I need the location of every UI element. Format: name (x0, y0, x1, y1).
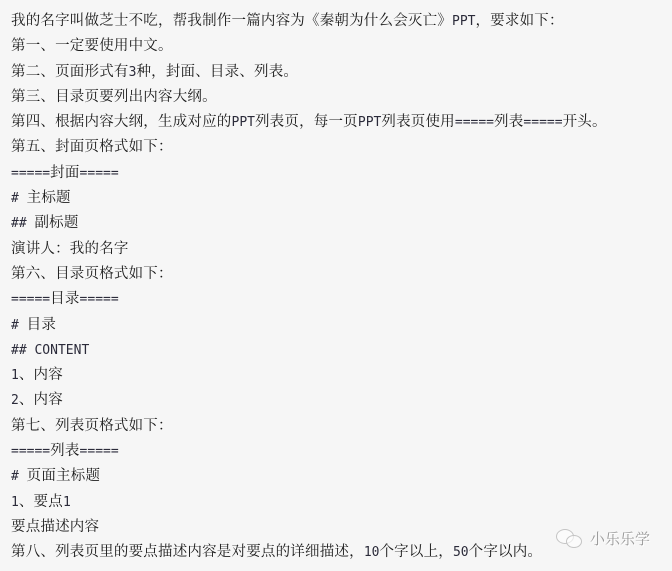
text-span: 要点描述内容 (11, 519, 99, 535)
text-line: ## CONTENT (11, 338, 672, 363)
text-span: 演讲人：我的名字 (11, 241, 129, 257)
text-span: ===== (523, 115, 562, 130)
text-line: 1、内容 (11, 363, 672, 388)
text-span: PPT (232, 115, 255, 130)
text-span: ，要求如下： (475, 13, 563, 29)
text-span: ===== (455, 115, 494, 130)
text-line: 我的名字叫做芝士不吃，帮我制作一篇内容为《秦朝为什么会灭亡》PPT，要求如下： (11, 9, 672, 34)
text-span: 、内容 (19, 392, 63, 408)
text-span: 我的名字叫做芝士不吃，帮我制作一篇内容为《秦朝为什么会灭亡》 (11, 13, 452, 29)
text-line: =====目录===== (11, 287, 672, 312)
text-span: ===== (80, 292, 119, 307)
wechat-icon (556, 529, 584, 549)
text-span: 第五、封面页格式如下： (11, 139, 173, 155)
text-span: 、要点 (19, 494, 63, 510)
text-span: # (11, 469, 27, 484)
text-line: =====封面===== (11, 161, 672, 186)
text-span: 列表 (50, 443, 79, 459)
prompt-document: 我的名字叫做芝士不吃，帮我制作一篇内容为《秦朝为什么会灭亡》PPT，要求如下：第… (0, 0, 672, 571)
text-span: 主标题 (27, 190, 71, 206)
watermark: 小乐乐学 (556, 528, 650, 549)
text-line: # 目录 (11, 313, 672, 338)
text-span: 封面 (50, 165, 79, 181)
text-line: ## 副标题 (11, 211, 672, 236)
text-span: 页面主标题 (27, 468, 101, 484)
text-line: 第二、页面形式有3种，封面、目录、列表。 (11, 60, 672, 85)
text-span: 第二、页面形式有 (11, 64, 129, 80)
text-span: ===== (11, 444, 50, 459)
text-span: ===== (80, 444, 119, 459)
text-span: 1 (63, 495, 71, 510)
text-span: 2 (11, 393, 19, 408)
text-span: ===== (80, 166, 119, 181)
text-line: 演讲人：我的名字 (11, 237, 672, 262)
text-span: 目录 (27, 317, 56, 333)
text-line: 第六、目录页格式如下： (11, 262, 672, 287)
text-span: # (11, 318, 27, 333)
text-span: 第一、一定要使用中文。 (11, 38, 173, 54)
text-line: =====列表===== (11, 439, 672, 464)
text-line: # 页面主标题 (11, 464, 672, 489)
text-span: ===== (11, 166, 50, 181)
text-span: ## CONTENT (11, 343, 89, 358)
text-line: 第四、根据内容大纲，生成对应的PPT列表页，每一页PPT列表页使用=====列表… (11, 110, 672, 135)
text-line: 第三、目录页要列出内容大纲。 (11, 85, 672, 110)
text-span: 副标题 (34, 215, 78, 231)
text-span: 第七、列表页格式如下： (11, 418, 173, 434)
text-span: ===== (11, 292, 50, 307)
text-line: 1、要点1 (11, 490, 672, 515)
text-span: 第四、根据内容大纲，生成对应的 (11, 114, 232, 130)
text-span: PPT (452, 14, 475, 29)
text-line: 第五、封面页格式如下： (11, 135, 672, 160)
text-span: 1 (11, 495, 19, 510)
text-span: # (11, 191, 27, 206)
text-span: 10 (364, 545, 380, 560)
text-span: 开头。 (563, 114, 607, 130)
document-lines: 我的名字叫做芝士不吃，帮我制作一篇内容为《秦朝为什么会灭亡》PPT，要求如下：第… (11, 9, 672, 566)
watermark-label: 小乐乐学 (590, 528, 650, 549)
text-line: 第一、一定要使用中文。 (11, 34, 672, 59)
text-span: 50 (453, 545, 469, 560)
text-span: PPT (358, 115, 381, 130)
text-span: 第六、目录页格式如下： (11, 266, 173, 282)
text-span: 1 (11, 368, 19, 383)
text-line: # 主标题 (11, 186, 672, 211)
text-span: 第八、列表页里的要点描述内容是对要点的详细描述， (11, 544, 364, 560)
text-line: 第七、列表页格式如下： (11, 414, 672, 439)
text-span: 列表 (494, 114, 523, 130)
text-span: 列表页使用 (381, 114, 455, 130)
text-span: 第三、目录页要列出内容大纲。 (11, 89, 217, 105)
text-span: 种，封面、目录、列表。 (136, 64, 298, 80)
text-span: 目录 (50, 291, 79, 307)
text-span: 个字以内。 (469, 544, 543, 560)
text-span: 列表页，每一页 (255, 114, 358, 130)
text-span: ## (11, 216, 34, 231)
text-line: 2、内容 (11, 388, 672, 413)
text-span: 、内容 (19, 367, 63, 383)
text-span: 个字以上， (379, 544, 453, 560)
